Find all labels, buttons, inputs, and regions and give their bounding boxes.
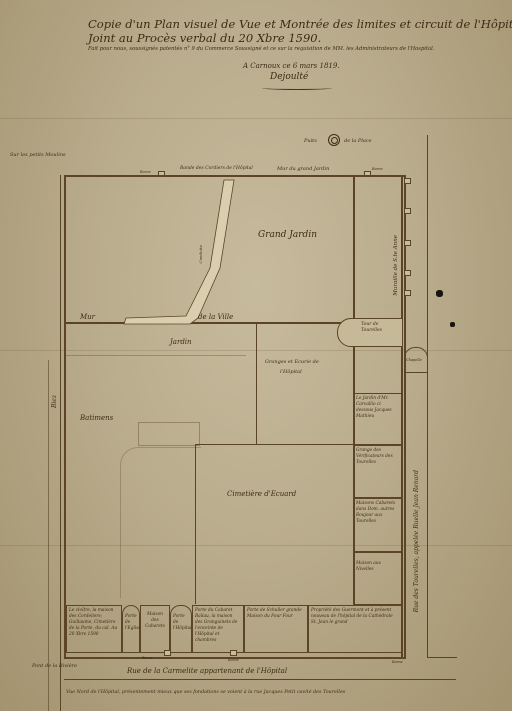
batiments-outline <box>138 422 200 446</box>
paper-hole <box>450 322 455 327</box>
signature: Dejoulté <box>270 72 308 82</box>
paper-hole <box>436 290 443 297</box>
bottom-row-cell: Propriété des Guermont et à présent nouv… <box>308 605 402 653</box>
header-date: A Carnoux ce 6 mars 1819. <box>243 62 340 70</box>
footer-note: Vue Nord de l'Hôpital, présentement mieu… <box>66 690 345 695</box>
biez-stream-line <box>48 360 49 711</box>
door-marker <box>404 240 411 246</box>
bottom-row-cell: Porte du Cabaret Ballau, la maison des G… <box>192 605 244 653</box>
door-marker <box>404 270 411 276</box>
sainte-anne-wall-label: Muraille de S.te Anne <box>393 235 399 296</box>
map-title: Copie d'un Plan visuel de Vue et Montrée… <box>88 17 512 31</box>
borne-label: Borne <box>228 658 239 662</box>
borne-label: Borne <box>142 656 153 660</box>
grand-jardin-label: Grand Jardin <box>258 230 317 240</box>
street-bottom-line <box>64 679 456 680</box>
cimetiere-top-wall <box>195 444 353 445</box>
batiments-outline <box>120 447 201 598</box>
rue-tourelles-label: Rue des Tourelles, appelée Ruelle Jean R… <box>413 470 420 612</box>
well-icon <box>328 134 340 146</box>
conduit-label: Conduite <box>198 245 203 263</box>
right-column-cell: Maison aux Nivelles <box>353 552 402 605</box>
bottom-row-cell: Porte de l'Hôpital <box>170 605 192 653</box>
chapelle-label: Chapelle <box>406 358 422 362</box>
right-column-cell: Grange des Vérificateurs des Tourelles <box>353 445 402 498</box>
borne-label: Borne <box>372 167 383 171</box>
mur-label: Mur <box>80 313 95 321</box>
bottom-row-cell: Le cloître, la maison des Cordeliers; Gu… <box>66 605 122 653</box>
rue-tourelles-corner <box>427 657 457 658</box>
rue-tourelles-line <box>427 135 428 658</box>
door-marker <box>404 208 411 214</box>
puits-place-label: de la Place <box>344 138 372 144</box>
borne-label: Borne <box>392 660 403 664</box>
borne-label: Borne <box>140 170 151 174</box>
rue-carmelite-label: Rue de la Carmelite appartenant de l'Hôp… <box>127 667 287 675</box>
borne-marker <box>164 650 171 656</box>
bottom-row-cell: Porte de Schuller grande Maison du Four … <box>244 605 308 653</box>
de-la-ville-label: de la Ville <box>198 313 233 321</box>
granges-label: Granges et Ecurie de <box>265 359 319 365</box>
paper-fold <box>0 118 512 119</box>
bottom-row-cell: Porte de l'Eglise <box>122 605 140 653</box>
granges-label-2: l'Hôpital <box>280 369 302 375</box>
batiments-label: Batimens <box>80 414 113 422</box>
pont-riviere-label: Pont de la Rivière <box>32 663 77 669</box>
top-wall-label-2: Mur du grand Jardin <box>277 166 329 172</box>
header-note: Fait pour nous, soussignés patentés n° 9… <box>88 45 448 53</box>
petits-moulins-label: Sur les petits Moulins <box>10 152 66 158</box>
door-marker <box>404 290 411 296</box>
borne-marker <box>230 650 237 656</box>
signature-flourish <box>262 86 332 90</box>
cimetiere-label: Cimetière d'Ecuard <box>227 490 296 498</box>
biez-label: Biez <box>51 395 58 408</box>
map-subtitle: Joint au Procès verbal du 20 Xbre 1590. <box>88 31 321 45</box>
bottom-row-cell: Maison des Cabarets <box>140 605 170 653</box>
puits-label: Puits <box>304 138 317 144</box>
door-marker <box>404 178 411 184</box>
tour-tourelles-label: Tour de Tourelles <box>361 322 397 334</box>
top-wall-label-1: Bande des Cordiers de l'Hôpital <box>180 166 253 171</box>
right-column-cell: Maisons Cabarets dans Dom. autres Boujou… <box>353 498 402 552</box>
jardin-label: Jardin <box>170 338 192 346</box>
right-column-cell: Le Jardin d'Mr. Carvallio ci dessous Jac… <box>353 393 402 445</box>
faint-line <box>66 355 246 356</box>
conduit-channel <box>120 178 240 326</box>
granges-partition <box>256 323 257 445</box>
biez-stream-line <box>60 175 61 711</box>
